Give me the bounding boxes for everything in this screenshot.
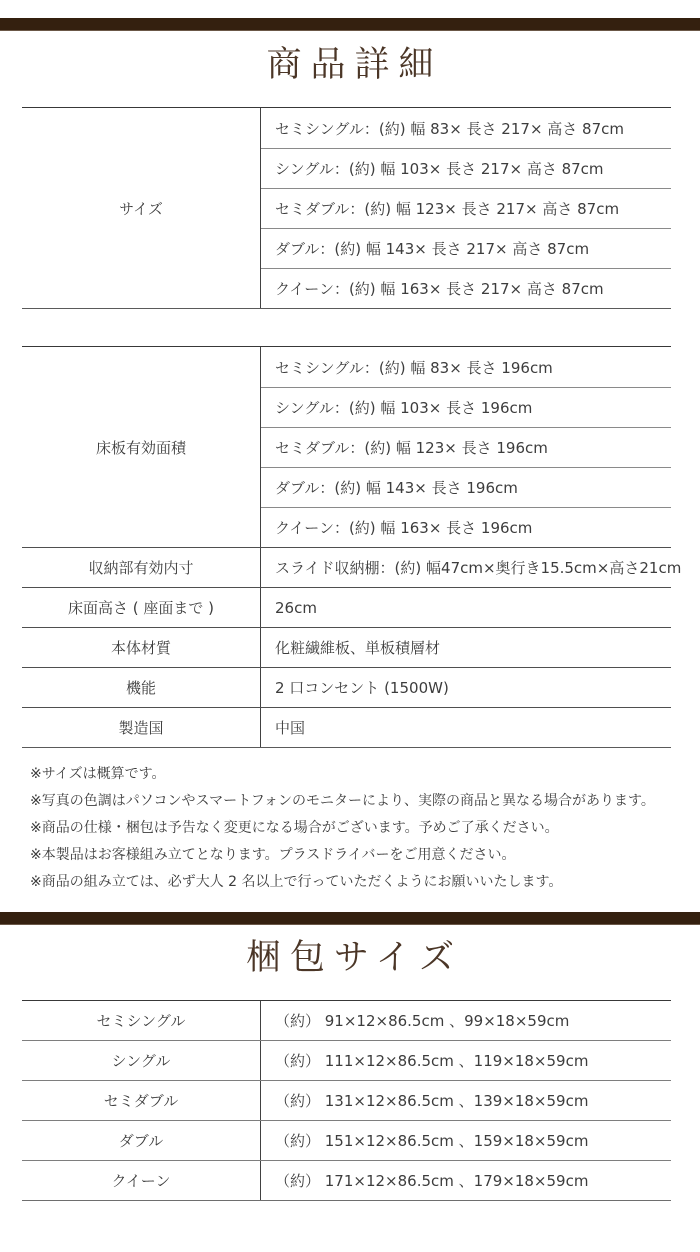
floor-area-row-double: ダブル：(約) 幅 143× 長さ 196cm xyxy=(261,467,671,507)
product-detail-title: 商品詳細 xyxy=(0,44,700,86)
country-row: 製造国 中国 xyxy=(22,707,671,747)
note-spec-change: ※商品の仕様・梱包は予告なく変更になる場合がございます。予めご了承ください。 xyxy=(30,815,692,842)
packing-size-title: 梱包サイズ xyxy=(0,937,700,979)
floor-height-row: 床面高さ ( 座面まで ) 26cm xyxy=(22,587,671,627)
packing-row-queen: クイーン （約） 171×12×86.5cm 、179×18×59cm xyxy=(22,1160,671,1200)
notes-list: ※サイズは概算です。 ※写真の色調はパソコンやスマートフォンのモニターにより、実… xyxy=(30,761,692,896)
spec-table: 床板有効面積 セミシングル：(約) 幅 83× 長さ 196cm シングル：(約… xyxy=(22,346,671,748)
size-values: セミシングル：(約) 幅 83× 長さ 217× 高さ 87cm シングル：(約… xyxy=(260,108,671,308)
section-divider-bar-top xyxy=(0,18,700,31)
size-row-semisingle: セミシングル：(約) 幅 83× 長さ 217× 高さ 87cm xyxy=(261,108,671,148)
function-label: 機能 xyxy=(22,668,260,707)
packing-label-semidouble: セミダブル xyxy=(22,1081,260,1120)
packing-label-single: シングル xyxy=(22,1041,260,1080)
packing-value-semidouble: （約） 131×12×86.5cm 、139×18×59cm xyxy=(261,1081,671,1120)
storage-inner-size-label: 収納部有効内寸 xyxy=(22,548,260,587)
function-value: 2 口コンセント (1500W) xyxy=(261,668,671,707)
section-divider-bar-packing xyxy=(0,912,700,925)
packing-value-single: （約） 111×12×86.5cm 、119×18×59cm xyxy=(261,1041,671,1080)
size-row-double: ダブル：(約) 幅 143× 長さ 217× 高さ 87cm xyxy=(261,228,671,268)
size-row-queen: クイーン：(約) 幅 163× 長さ 217× 高さ 87cm xyxy=(261,268,671,308)
size-row-single: シングル：(約) 幅 103× 長さ 217× 高さ 87cm xyxy=(261,148,671,188)
packing-row-single: シングル （約） 111×12×86.5cm 、119×18×59cm xyxy=(22,1040,671,1080)
packing-label-double: ダブル xyxy=(22,1121,260,1160)
size-section: サイズ セミシングル：(約) 幅 83× 長さ 217× 高さ 87cm シング… xyxy=(22,108,671,308)
country-value: 中国 xyxy=(261,708,671,747)
packing-label-queen: クイーン xyxy=(22,1161,260,1200)
packing-value-queen: （約） 171×12×86.5cm 、179×18×59cm xyxy=(261,1161,671,1200)
packing-label-semisingle: セミシングル xyxy=(22,1001,260,1040)
material-value: 化粧繊維板、単板積層材 xyxy=(261,628,671,667)
storage-inner-size-value: スライド収納棚：(約) 幅47cm×奥行き15.5cm×高さ21cm xyxy=(261,548,681,587)
floor-height-label: 床面高さ ( 座面まで ) xyxy=(22,588,260,627)
material-row: 本体材質 化粧繊維板、単板積層材 xyxy=(22,627,671,667)
floor-area-label: 床板有効面積 xyxy=(22,347,260,547)
floor-area-row-single: シングル：(約) 幅 103× 長さ 196cm xyxy=(261,387,671,427)
country-label: 製造国 xyxy=(22,708,260,747)
material-label: 本体材質 xyxy=(22,628,260,667)
floor-area-values: セミシングル：(約) 幅 83× 長さ 196cm シングル：(約) 幅 103… xyxy=(260,347,671,547)
size-row-semidouble: セミダブル：(約) 幅 123× 長さ 217× 高さ 87cm xyxy=(261,188,671,228)
function-row: 機能 2 口コンセント (1500W) xyxy=(22,667,671,707)
packing-row-semidouble: セミダブル （約） 131×12×86.5cm 、139×18×59cm xyxy=(22,1080,671,1120)
floor-height-value: 26cm xyxy=(261,588,671,627)
packing-value-semisingle: （約） 91×12×86.5cm 、99×18×59cm xyxy=(261,1001,671,1040)
packing-value-double: （約） 151×12×86.5cm 、159×18×59cm xyxy=(261,1121,671,1160)
note-assembly-screwdriver: ※本製品はお客様組み立てとなります。プラスドライバーをご用意ください。 xyxy=(30,842,692,869)
floor-area-row-semisingle: セミシングル：(約) 幅 83× 長さ 196cm xyxy=(261,347,671,387)
packing-table: セミシングル （約） 91×12×86.5cm 、99×18×59cm シングル… xyxy=(22,1000,671,1201)
floor-area-row-semidouble: セミダブル：(約) 幅 123× 長さ 196cm xyxy=(261,427,671,467)
note-assembly-two-adults: ※商品の組み立ては、必ず大人 2 名以上で行っていただくようにお願いいたします。 xyxy=(30,869,692,896)
size-table: サイズ セミシングル：(約) 幅 83× 長さ 217× 高さ 87cm シング… xyxy=(22,107,671,309)
packing-row-semisingle: セミシングル （約） 91×12×86.5cm 、99×18×59cm xyxy=(22,1001,671,1040)
packing-row-double: ダブル （約） 151×12×86.5cm 、159×18×59cm xyxy=(22,1120,671,1160)
floor-area-row-queen: クイーン：(約) 幅 163× 長さ 196cm xyxy=(261,507,671,547)
note-monitor-color: ※写真の色調はパソコンやスマートフォンのモニターにより、実際の商品と異なる場合が… xyxy=(30,788,692,815)
size-section-label: サイズ xyxy=(22,108,260,308)
storage-inner-size-row: 収納部有効内寸 スライド収納棚：(約) 幅47cm×奥行き15.5cm×高さ21… xyxy=(22,547,671,587)
floor-area-section: 床板有効面積 セミシングル：(約) 幅 83× 長さ 196cm シングル：(約… xyxy=(22,347,671,547)
note-size-approx: ※サイズは概算です。 xyxy=(30,761,692,788)
